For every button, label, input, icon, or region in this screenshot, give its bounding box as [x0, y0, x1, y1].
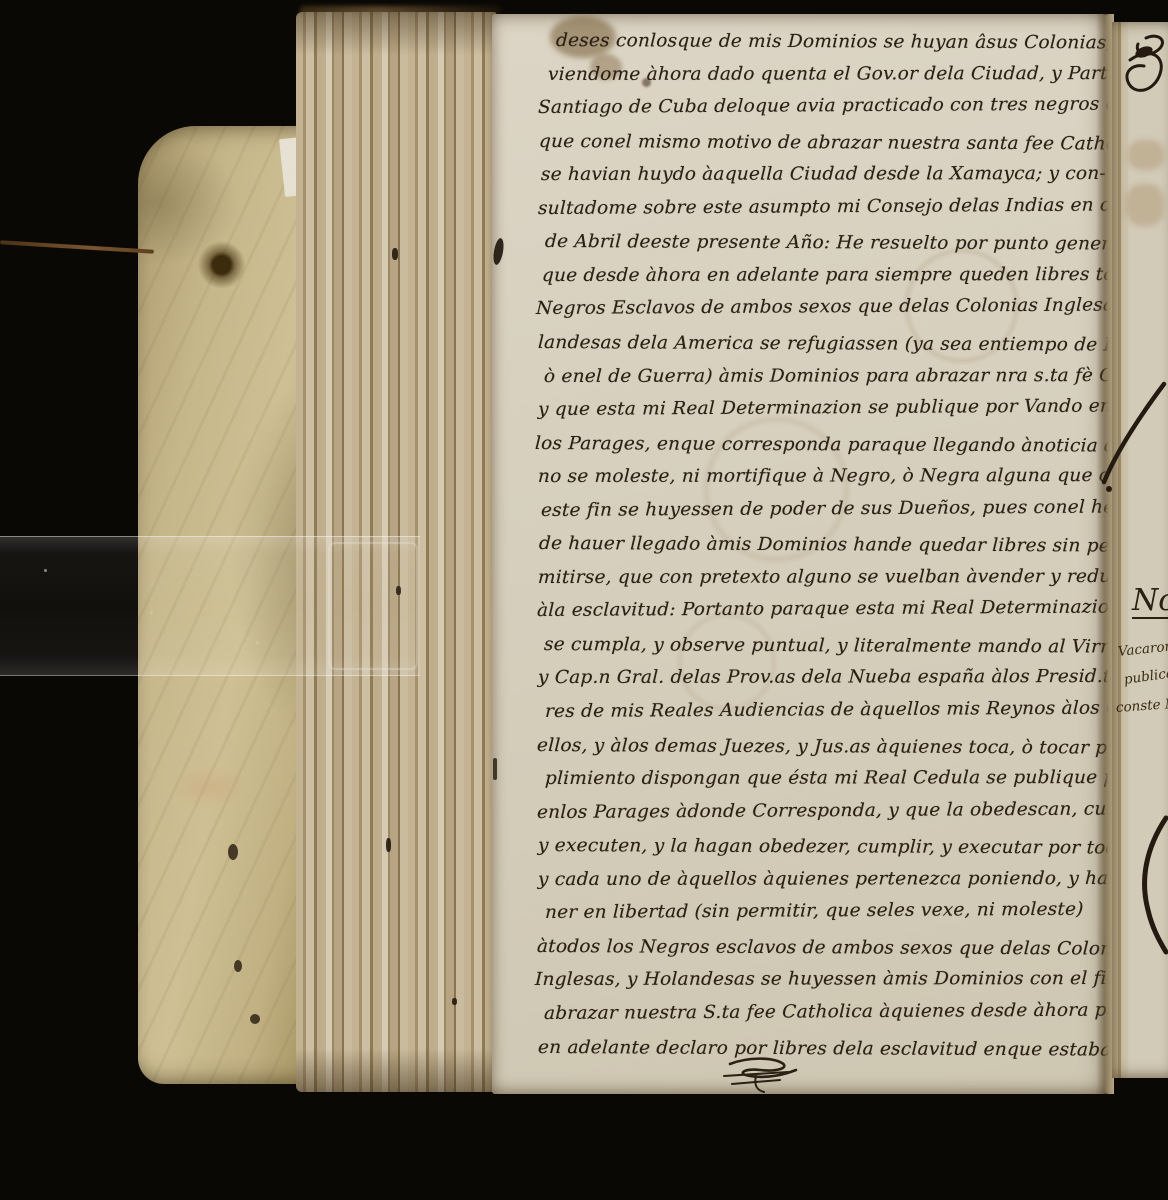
manuscript-line: no se moleste, ni mortifique à Negro, ò …	[538, 465, 1110, 487]
paraph-flourish	[716, 1054, 816, 1094]
edge-speck	[386, 838, 391, 852]
manuscript-line: sultadome sobre este asumpto mi Consejo …	[538, 194, 1110, 219]
manuscript-text: deses conlosque de mis Dominios se huyan…	[492, 14, 1110, 1094]
manuscript-line: àtodos los Negros esclavos de ambos sexo…	[537, 936, 1110, 960]
cover-speck	[228, 844, 238, 860]
manuscript-line: y que esta mi Real Determinazion se publ…	[538, 395, 1110, 420]
manuscript-line: se havian huydo àaquella Ciudad desde la…	[541, 163, 1107, 185]
cover-speck	[250, 1014, 260, 1024]
manuscript-line: ner en libertad (sin permitir, que seles…	[545, 899, 1084, 923]
manuscript-line: y Cap.n Gral. delas Prov.as dela Nueba e…	[538, 666, 1110, 688]
manuscript-line: de Abril deeste presente Año: He resuelt…	[545, 231, 1110, 255]
manuscript-line: viendome àhora dado quenta el Gov.or del…	[548, 62, 1110, 84]
manuscript-page: deses conlosque de mis Dominios se huyan…	[492, 14, 1110, 1094]
manuscript-line: Santiago de Cuba deloque avia practicado…	[538, 93, 1110, 118]
manuscript-line: y cada uno de àquellos àquienes pertenez…	[538, 868, 1110, 890]
manuscript-line: àla esclavitud: Portanto paraque esta mi…	[537, 597, 1110, 622]
manuscript-line: enlos Parages àdonde Corresponda, y que …	[537, 798, 1110, 823]
manuscript-line: de hauer llegado àmis Dominios hande que…	[539, 533, 1110, 557]
manuscript-line: este fin se huyessen de poder de sus Due…	[541, 496, 1110, 521]
dust-speck	[150, 611, 153, 614]
photograph-scene: deses conlosque de mis Dominios se huyan…	[0, 0, 1168, 1200]
marginal-note-line: publicas	[1123, 664, 1168, 688]
dust-speck	[256, 641, 259, 644]
acrylic-weight-end	[328, 542, 418, 670]
cover-speck	[234, 960, 242, 972]
ink-flourish-bottom	[1134, 810, 1168, 962]
bleed-through-smudge	[1128, 140, 1164, 170]
ink-stroke-diagonal	[1094, 378, 1168, 496]
manuscript-line: abrazar nuestra S.ta fee Catholica àquie…	[544, 999, 1110, 1024]
manuscript-line: en adelante declaro por libres dela escl…	[538, 1037, 1110, 1061]
manuscript-line: y executen, y la hagan obedezer, cumplir…	[538, 835, 1110, 859]
manuscript-line: ellos, y àlos demas Juezes, y Jus.as àqu…	[537, 735, 1110, 759]
manuscript-line: mitirse, que con pretexto alguno se vuel…	[538, 566, 1110, 588]
marginal-note-line: conste No	[1115, 695, 1168, 716]
marginal-note-line: Vacaronse	[1117, 637, 1168, 660]
binding-cord	[0, 240, 154, 253]
bleed-through-smudge	[1126, 184, 1164, 226]
manuscript-line: se cumpla, y observe puntual, y literalm…	[544, 634, 1110, 658]
acrylic-book-weight	[0, 536, 420, 676]
manuscript-line: que desde àhora en adelante para siempre…	[542, 264, 1110, 286]
manuscript-line: plimiento dispongan que ésta mi Real Ced…	[545, 767, 1110, 789]
ink-flourish-top	[1116, 30, 1168, 126]
manuscript-line: res de mis Reales Audiencias de àquellos…	[545, 697, 1110, 722]
edge-speck	[392, 248, 398, 260]
dust-speck	[44, 569, 47, 572]
marginal-note-heading: No	[1132, 586, 1168, 619]
manuscript-line: que conel mismo motivo de abrazar nuestr…	[539, 131, 1110, 155]
manuscript-line: deses conlosque de mis Dominios se huyan…	[556, 30, 1110, 54]
manuscript-line: los Parages, enque corresponda paraque l…	[535, 433, 1110, 457]
manuscript-line: Inglesas, y Holandesas se huyessen àmis …	[535, 968, 1110, 990]
manuscript-line: ò enel de Guerra) àmis Dominios para abr…	[544, 364, 1110, 386]
manuscript-line: landesas dela America se refugiassen (ya…	[538, 332, 1110, 356]
manuscript-line: Negros Esclavos de ambos sexos que delas…	[536, 294, 1110, 319]
edge-speck	[452, 998, 457, 1005]
